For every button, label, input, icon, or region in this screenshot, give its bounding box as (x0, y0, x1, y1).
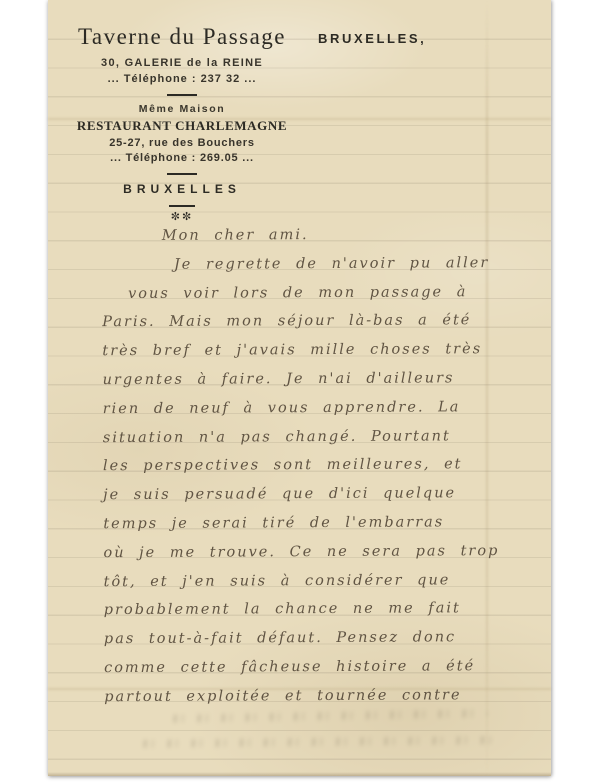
letterhead-divider (169, 205, 195, 207)
dateline-city: BRUXELLES, (318, 31, 426, 46)
handwritten-line-salutation: Mon cher ami. (102, 220, 547, 251)
handwritten-line: probablement la chance ne me fait (104, 594, 549, 625)
handwritten-body: Mon cher ami. Je regrette de n'avoir pu … (102, 220, 550, 712)
handwritten-line: Paris. Mais mon séjour là-bas a été (102, 306, 547, 337)
letterhead-restaurant-name: RESTAURANT CHARLEMAGNE (62, 118, 302, 134)
letterhead-name: Taverne du Passage (62, 24, 302, 50)
letterhead-divider (167, 94, 197, 96)
handwritten-line: les perspectives sont meilleures, et (103, 450, 548, 481)
handwritten-line: Je regrette de n'avoir pu aller (102, 249, 547, 280)
handwritten-line: temps je serai tiré de l'embarras (103, 508, 548, 539)
letterhead-address: 30, GALERIE de la REINE (62, 57, 302, 69)
letterhead: Taverne du Passage 30, GALERIE de la REI… (62, 24, 302, 223)
scan-background: Taverne du Passage 30, GALERIE de la REI… (0, 0, 600, 782)
handwritten-line: vous voir lors de mon passage à (102, 277, 547, 308)
letterhead-divider (167, 173, 197, 175)
handwritten-line: rien de neuf à vous apprendre. La (103, 393, 548, 424)
letterhead-phone: ... Téléphone : 237 32 ... (62, 73, 302, 85)
letter-paper: Taverne du Passage 30, GALERIE de la REI… (48, 0, 551, 776)
handwritten-line: pas tout-à-fait défaut. Pensez donc (104, 623, 549, 654)
handwritten-line: je suis persuadé que d'ici quelque (103, 479, 548, 510)
ink-bleed-through (168, 709, 488, 723)
handwritten-line: situation n'a pas changé. Pourtant (103, 421, 548, 452)
handwritten-line: urgentes à faire. Je n'ai d'ailleurs (102, 364, 547, 395)
handwritten-line: comme cette fâcheuse histoire a été (104, 652, 549, 683)
handwritten-line: tôt, et j'en suis à considérer que (104, 565, 549, 596)
letterhead-same-house: Même Maison (62, 103, 302, 115)
letterhead-restaurant-address: 25-27, rue des Bouchers (62, 137, 302, 149)
ink-bleed-through (138, 736, 493, 748)
handwritten-line: très bref et j'avais mille choses très (102, 335, 547, 366)
letterhead-city: BRUXELLES (62, 182, 302, 196)
handwritten-line: partout exploitée et tournée contre (104, 681, 549, 712)
letterhead-restaurant-phone: ... Téléphone : 269.05 ... (62, 152, 302, 164)
handwritten-line: où je me trouve. Ce ne sera pas trop (103, 537, 548, 568)
